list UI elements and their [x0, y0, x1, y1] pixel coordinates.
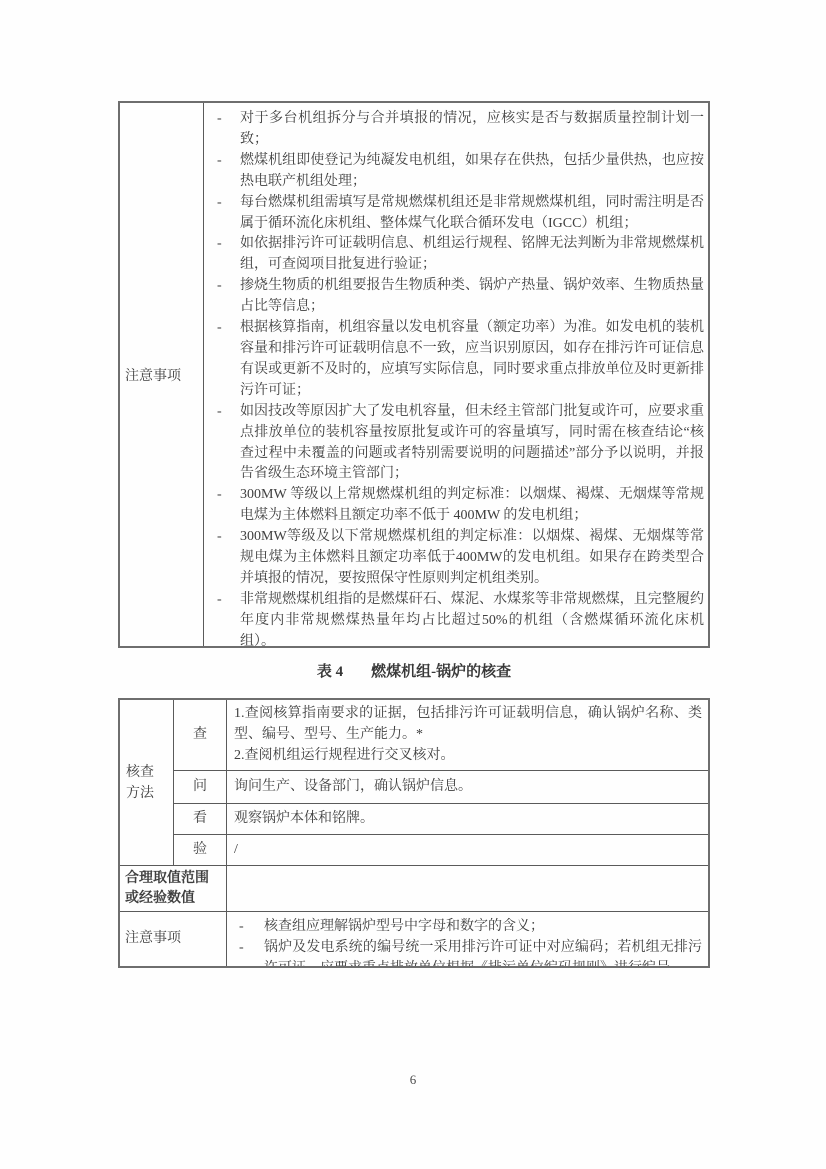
note-item: - 非常规燃煤机组指的是燃煤矸石、煤泥、水煤浆等非常规燃煤，且完整履约年度内非常… [217, 590, 704, 646]
table4-note-item: - 核查组应理解锅炉型号中字母和数字的含义； [239, 917, 702, 938]
table4-caption-number: 表 4 [317, 664, 343, 680]
note-item: - 每台燃煤机组需填写是常规燃煤机组还是非常规燃煤机组，同时需注明是否属于循环流… [217, 193, 704, 235]
table4-caption-title: 燃煤机组-锅炉的核查 [371, 664, 511, 680]
note-item-text: 如依据排污许可证载明信息、机组运行规程、铭牌无法判断为非常规燃煤机组，可查阅项目… [240, 234, 704, 276]
method-check-line: 2.查阅机组运行规程进行交叉核对。 [234, 746, 702, 767]
note-item-text: 300MW等级及以下常规燃煤机组的判定标准：以烟煤、褐煤、无烟煤等常规电煤为主体… [240, 527, 704, 590]
method-key-ask: 问 [174, 771, 227, 804]
dash-marker: - [217, 276, 240, 318]
method-verify-line: / [234, 840, 238, 861]
table4-caption: 表 4燃煤机组-锅炉的核查 [118, 660, 710, 681]
dash-marker: - [217, 590, 240, 646]
note-item-text: 对于多台机组拆分与合并填报的情况，应核实是否与数据质量控制计划一致； [240, 109, 704, 151]
method-check-content: 1.查阅核算指南要求的证据，包括排污许可证载明信息，确认锅炉名称、类型、编号、型… [227, 700, 708, 771]
method-ask-line: 询问生产、设备部门，确认锅炉信息。 [234, 777, 472, 798]
note-item-text: 每台燃煤机组需填写是常规燃煤机组还是非常规燃煤机组，同时需注明是否属于循环流化床… [240, 193, 704, 235]
method-verify-content: / [227, 835, 708, 866]
notes-table-label: 注意事项 [125, 365, 181, 385]
table4: 核查方法 查 1.查阅核算指南要求的证据，包括排污许可证载明信息，确认锅炉名称、… [118, 698, 710, 968]
method-header-cell: 核查方法 [120, 700, 174, 866]
table4-note-item-text: 锅炉及发电系统的编号统一采用排污许可证中对应编码；若机组无排污许可证，应要求重点… [264, 938, 702, 966]
table4-notes-header-cell: 注意事项 [120, 912, 227, 966]
method-look-content: 观察锅炉本体和铭牌。 [227, 804, 708, 835]
method-header-label: 核查方法 [126, 762, 156, 804]
method-key-verify: 验 [174, 835, 227, 866]
note-item: - 燃煤机组即使登记为纯凝发电机组，如果存在供热，包括少量供热，也应按热电联产机… [217, 151, 704, 193]
table4-note-item: - 锅炉及发电系统的编号统一采用排污许可证中对应编码；若机组无排污许可证，应要求… [239, 938, 702, 966]
page-number: 6 [0, 1072, 826, 1088]
note-item-text: 非常规燃煤机组指的是燃煤矸石、煤泥、水煤浆等非常规燃煤，且完整履约年度内非常规燃… [240, 590, 704, 646]
range-content-cell [227, 866, 708, 912]
method-ask-content: 询问生产、设备部门，确认锅炉信息。 [227, 771, 708, 804]
note-item-text: 燃煤机组即使登记为纯凝发电机组，如果存在供热，包括少量供热，也应按热电联产机组处… [240, 151, 704, 193]
note-item-text: 如因技改等原因扩大了发电机容量，但未经主管部门批复或许可，应要求重点排放单位的装… [240, 402, 704, 486]
range-header-cell: 合理取值范围或经验数值 [120, 866, 227, 912]
note-item-text: 300MW 等级以上常规燃煤机组的判定标准：以烟煤、褐煤、无烟煤等常规电煤为主体… [240, 485, 704, 527]
dash-marker: - [217, 193, 240, 235]
notes-table-content-cell: - 对于多台机组拆分与合并填报的情况，应核实是否与数据质量控制计划一致； - 燃… [204, 103, 708, 646]
note-item-text: 掺烧生物质的机组要报告生物质种类、锅炉产热量、锅炉效率、生物质热量占比等信息； [240, 276, 704, 318]
table4-note-item-text: 核查组应理解锅炉型号中字母和数字的含义； [264, 917, 702, 938]
table4-notes-content-cell: - 核查组应理解锅炉型号中字母和数字的含义； - 锅炉及发电系统的编号统一采用排… [227, 912, 708, 966]
method-look-line: 观察锅炉本体和铭牌。 [234, 809, 374, 830]
range-header-label: 合理取值范围或经验数值 [125, 869, 213, 909]
note-item: - 如依据排污许可证载明信息、机组运行规程、铭牌无法判断为非常规燃煤机组，可查阅… [217, 234, 704, 276]
document-page: 注意事项 - 对于多台机组拆分与合并填报的情况，应核实是否与数据质量控制计划一致… [0, 0, 826, 1169]
note-item: - 300MW 等级以上常规燃煤机组的判定标准：以烟煤、褐煤、无烟煤等常规电煤为… [217, 485, 704, 527]
dash-marker: - [217, 485, 240, 527]
method-key-check: 查 [174, 700, 227, 771]
dash-marker: - [217, 151, 240, 193]
dash-marker: - [239, 938, 264, 966]
dash-marker: - [217, 527, 240, 590]
method-check-line: 1.查阅核算指南要求的证据，包括排污许可证载明信息，确认锅炉名称、类型、编号、型… [234, 704, 702, 746]
note-item: - 对于多台机组拆分与合并填报的情况，应核实是否与数据质量控制计划一致； [217, 109, 704, 151]
note-item: - 根据核算指南，机组容量以发电机容量（额定功率）为准。如发电机的装机容量和排污… [217, 318, 704, 402]
dash-marker: - [217, 234, 240, 276]
dash-marker: - [217, 318, 240, 402]
note-item: - 掺烧生物质的机组要报告生物质种类、锅炉产热量、锅炉效率、生物质热量占比等信息… [217, 276, 704, 318]
note-item: - 如因技改等原因扩大了发电机容量，但未经主管部门批复或许可，应要求重点排放单位… [217, 402, 704, 486]
table4-notes-label: 注意事项 [125, 929, 181, 950]
method-key-look: 看 [174, 804, 227, 835]
note-item-text: 根据核算指南，机组容量以发电机容量（额定功率）为准。如发电机的装机容量和排污许可… [240, 318, 704, 402]
dash-marker: - [217, 402, 240, 486]
notes-table: 注意事项 - 对于多台机组拆分与合并填报的情况，应核实是否与数据质量控制计划一致… [118, 101, 710, 648]
notes-table-header-cell: 注意事项 [120, 103, 204, 646]
note-item: - 300MW等级及以下常规燃煤机组的判定标准：以烟煤、褐煤、无烟煤等常规电煤为… [217, 527, 704, 590]
dash-marker: - [217, 109, 240, 151]
dash-marker: - [239, 917, 264, 938]
